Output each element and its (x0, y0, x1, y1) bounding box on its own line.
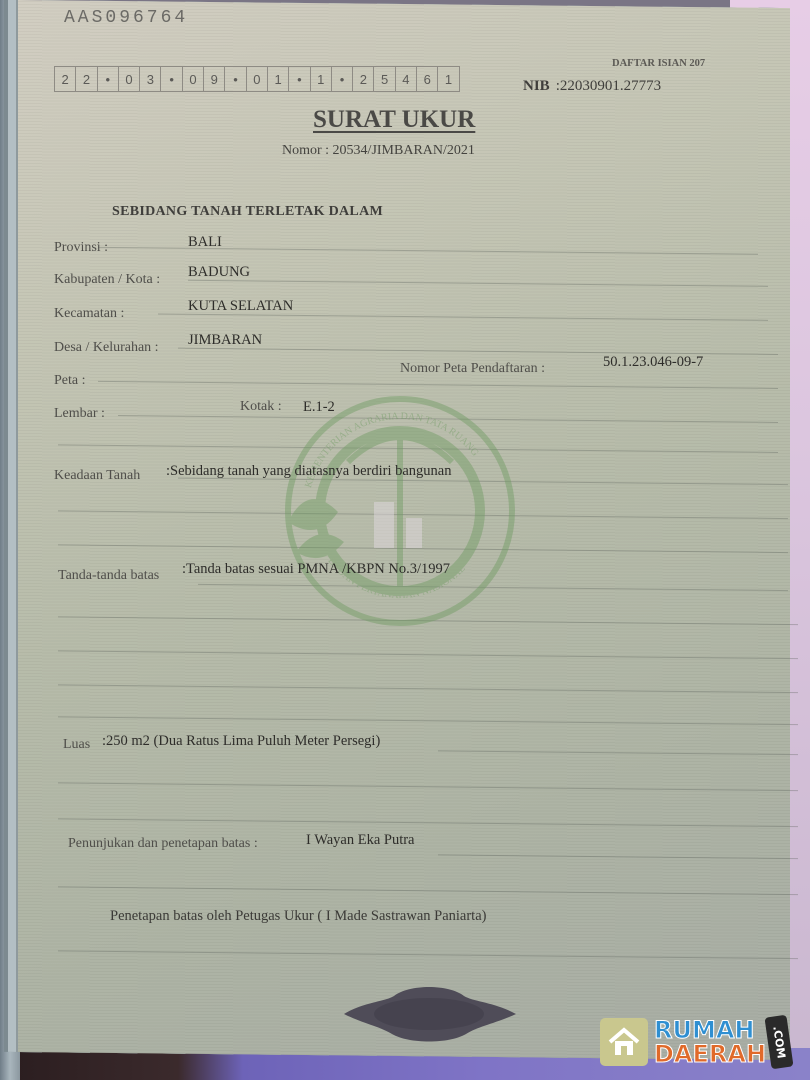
kabupaten-value: BADUNG (188, 264, 250, 281)
nomor-value: : 20534/JIMBARAN/2021 (325, 143, 475, 158)
peta-label: Peta : (54, 373, 86, 389)
code-box: 2 (55, 67, 76, 91)
nomor-peta-value: 50.1.23.046-09-7 (603, 354, 703, 371)
watermark-line1: RUMAH (654, 1018, 766, 1042)
code-box: 2 (353, 67, 374, 91)
watermark-line2: DAERAH (654, 1042, 766, 1066)
document-page (18, 0, 790, 1060)
house-icon (600, 1018, 648, 1066)
provinsi-value: BALI (188, 234, 222, 251)
code-box: 0 (119, 67, 140, 91)
keadaan-tanah-label: Keadaan Tanah (54, 468, 140, 484)
code-box: 1 (311, 67, 332, 91)
desa-label: Desa / Kelurahan : (54, 340, 159, 356)
penetapan-petugas-label: Penetapan batas oleh Petugas Ukur ( I Ma… (110, 908, 486, 925)
rumahdaerah-watermark: RUMAH DAERAH .COM (600, 1016, 790, 1068)
code-box: 5 (374, 67, 395, 91)
code-box: 6 (417, 67, 438, 91)
code-box: • (98, 67, 119, 91)
kecamatan-label: Kecamatan : (54, 306, 124, 322)
code-box: • (289, 67, 310, 91)
kecamatan-value: KUTA SELATAN (188, 298, 293, 315)
kotak-value: E.1-2 (303, 399, 335, 416)
code-box: • (332, 67, 353, 91)
folder-edge (0, 0, 20, 1080)
code-box: 0 (183, 67, 204, 91)
code-box: 3 (140, 67, 161, 91)
section-heading: SEBIDANG TANAH TERLETAK DALAM (112, 204, 383, 220)
serial-number: AAS096764 (64, 8, 188, 28)
nib: NIB:22030901.27773 (523, 78, 661, 95)
provinsi-label: Provinsi : (54, 240, 108, 256)
code-box: 4 (396, 67, 417, 91)
code-box: 2 (76, 67, 97, 91)
nomor-peta-label: Nomor Peta Pendaftaran : (400, 361, 545, 377)
nomor-label: Nomor (282, 143, 322, 158)
form-label: DAFTAR ISIAN 207 (612, 58, 705, 69)
code-box: • (161, 67, 182, 91)
code-box: • (225, 67, 246, 91)
code-box: 1 (268, 67, 289, 91)
code-box: 0 (247, 67, 268, 91)
watermark-suffix: .COM (765, 1015, 794, 1070)
code-box: 9 (204, 67, 225, 91)
code-box: 1 (438, 67, 458, 91)
lembar-label: Lembar : (54, 406, 105, 422)
tanda-batas-value: :Tanda batas sesuai PMNA /KBPN No.3/1997 (182, 561, 450, 578)
keadaan-tanah-value: :Sebidang tanah yang diatasnya berdiri b… (166, 463, 451, 480)
penunjukan-label: Penunjukan dan penetapan batas : (68, 836, 258, 852)
tanda-batas-label: Tanda-tanda batas (58, 568, 159, 584)
document-title: SURAT UKUR (313, 106, 475, 134)
penunjukan-value: I Wayan Eka Putra (306, 832, 415, 849)
embossed-stamp-icon (334, 984, 524, 1042)
kotak-label: Kotak : (240, 399, 282, 415)
luas-label: Luas (63, 737, 90, 753)
nib-label: NIB (523, 78, 550, 94)
luas-value: :250 m2 (Dua Ratus Lima Puluh Meter Pers… (102, 733, 380, 750)
desa-value: JIMBARAN (188, 332, 262, 349)
parcel-code-boxes: 22•03•09•01•1•25461 (54, 66, 460, 92)
kabupaten-label: Kabupaten / Kota : (54, 272, 160, 288)
nib-value: :22030901.27773 (556, 78, 661, 94)
document-number: Nomor : 20534/JIMBARAN/2021 (282, 143, 475, 159)
